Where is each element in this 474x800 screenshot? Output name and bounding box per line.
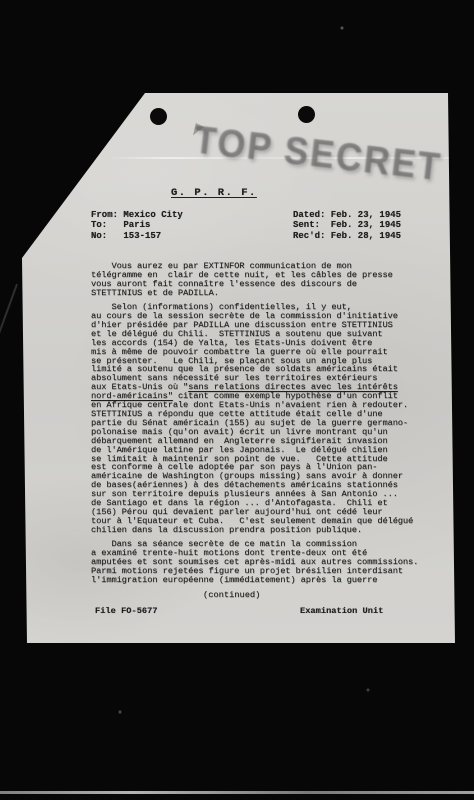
text-line: Dated: Feb. 23, 1945 [293, 210, 401, 220]
paragraph-3: Dans sa séance secrète de ce matin la co… [91, 540, 418, 585]
document-page: TOP SECRET G. P. R. F. From: Mexico City… [11, 91, 455, 644]
text-line: No: 153-157 [91, 231, 183, 241]
text-line: l'immigration européenne (immédiatement)… [91, 576, 418, 585]
text-line: Rec'd: Feb. 28, 1945 [293, 231, 401, 241]
text-line: To: Paris [91, 220, 183, 230]
examination-unit-label: Examination Unit [300, 606, 383, 616]
hole-punch-right [298, 106, 315, 123]
meta-routing-block: From: Mexico CityTo: ParisNo: 153-157 [91, 210, 183, 241]
scan-background: { "stamp": { "text": "TOP SECRET" }, "he… [0, 0, 474, 800]
paragraph-2: Selon (informations) confidentielles, il… [91, 303, 418, 535]
paragraph-1: Vous aurez eu par EXTINFOR communication… [91, 262, 418, 298]
text-line: From: Mexico City [91, 210, 183, 220]
top-secret-stamp: TOP SECRET [192, 117, 444, 190]
file-number: File FO-5677 [95, 606, 158, 616]
text-line: chilien dans la discussion prendra posit… [91, 526, 418, 535]
scan-artifact-line [0, 791, 474, 794]
scan-scratch-mark [0, 284, 18, 350]
meta-dates-block: Dated: Feb. 23, 1945Sent: Feb. 23, 1945R… [293, 210, 401, 241]
document-heading: G. P. R. F. [171, 187, 257, 199]
telegram-body: Vous aurez eu par EXTINFOR communication… [91, 262, 418, 590]
hole-punch-left [150, 108, 167, 125]
text-line: STETTINIUS et de PADILLA. [91, 289, 418, 298]
continued-note: (continued) [203, 590, 260, 600]
text-line: Sent: Feb. 23, 1945 [293, 220, 401, 230]
